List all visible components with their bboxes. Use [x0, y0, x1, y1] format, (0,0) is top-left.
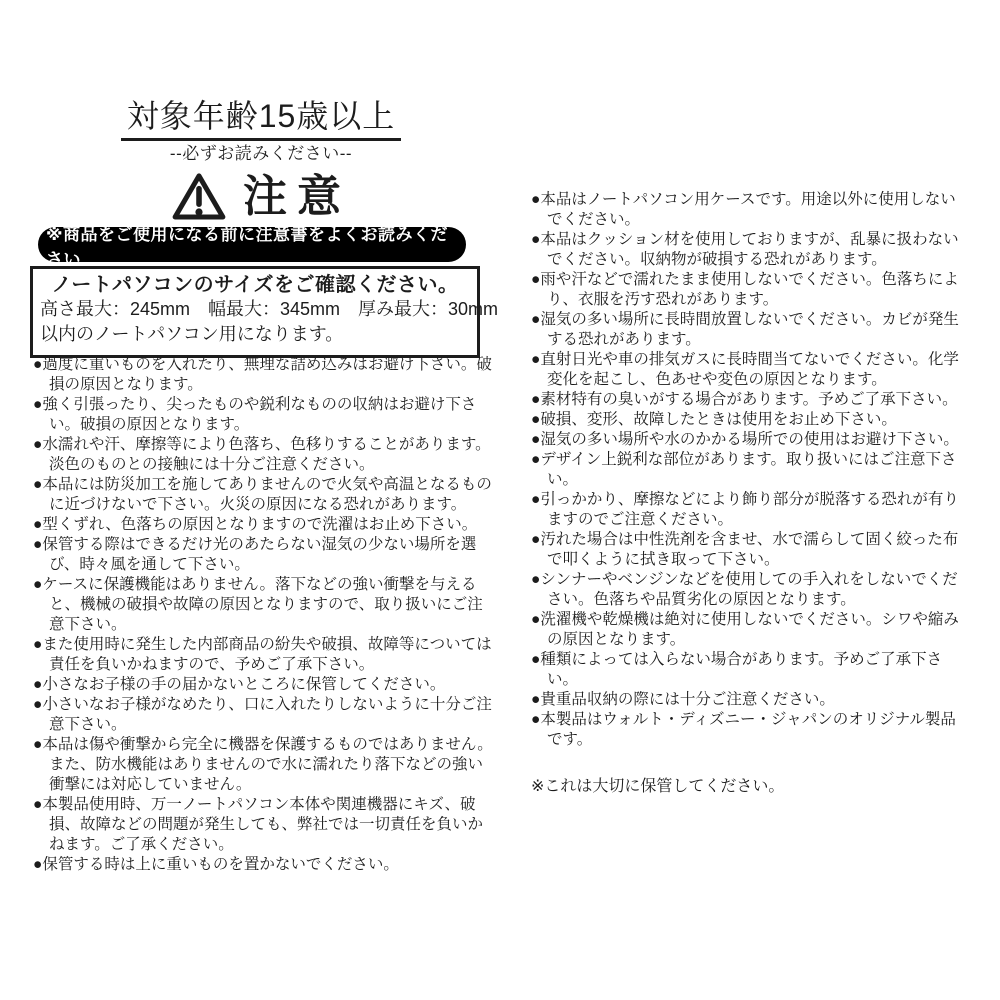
notice-item: ●ケースに保護機能はありません。落下などの強い衝撃を与えると、機械の破損や故障の… [33, 575, 495, 635]
notice-item-text: ケースに保護機能はありません。落下などの強い衝撃を与えると、機械の破損や故障の原… [42, 576, 482, 633]
bullet-icon: ● [531, 271, 540, 288]
caution-heading: 注意 [30, 172, 492, 222]
bullet-icon: ● [33, 796, 42, 813]
bullet-icon: ● [33, 536, 42, 553]
notice-item: ●デザイン上鋭利な部位があります。取り扱いにはご注意下さい。 [531, 450, 971, 490]
notice-item: ●本品はノートパソコン用ケースです。用途以外に使用しないでください。 [531, 190, 971, 230]
notice-item: ●本製品使用時、万一ノートパソコン本体や関連機器にキズ、破損、故障などの問題が発… [33, 795, 495, 855]
notice-item: ●保管する時は上に重いものを置かないでください。 [33, 855, 495, 875]
bullet-icon: ● [531, 231, 540, 248]
notice-item-text: 本品はクッション材を使用しておりますが、乱暴に扱わないでください。収納物が破損す… [540, 231, 958, 268]
notice-item: ●過度に重いものを入れたり、無理な詰め込みはお避け下さい。破損の原因となります。 [33, 355, 495, 395]
pre-use-banner: ※商品をご使用になる前に注意書をよくお読みください [38, 227, 466, 262]
bullet-icon: ● [531, 451, 540, 468]
bullet-icon: ● [531, 411, 540, 428]
notice-item: ●直射日光や車の排気ガスに長時間当てないでください。化学変化を起こし、色あせや変… [531, 350, 971, 390]
bullet-icon: ● [33, 516, 42, 533]
notice-item-text: 本品は傷や衝撃から完全に機器を保護するものではありません。また、防水機能はありま… [42, 736, 492, 793]
notice-item: ●素材特有の臭いがする場合があります。予めご了承下さい。 [531, 390, 971, 410]
bullet-icon: ● [33, 436, 42, 453]
bullet-icon: ● [33, 576, 42, 593]
notice-item-text: 汚れた場合は中性洗剤を含ませ、水で濡らして固く絞った布で叩くように拭き取って下さ… [540, 531, 958, 568]
bullet-icon: ● [531, 531, 540, 548]
notice-item: ●汚れた場合は中性洗剤を含ませ、水で濡らして固く絞った布で叩くように拭き取って下… [531, 530, 971, 570]
notice-item: ●本品には防災加工を施してありませんので火気や高温となるものに近づけないで下さい… [33, 475, 495, 515]
right-column: ●本品はノートパソコン用ケースです。用途以外に使用しないでください。 ●本品はク… [531, 190, 971, 798]
caution-title: 注意 [243, 175, 351, 219]
notice-item: ●本製品はウォルト・ディズニー・ジャパンのオリジナル製品です。 [531, 710, 971, 750]
notice-item-text: 水濡れや汗、摩擦等により色落ち、色移りすることがあります。淡色のものとの接触には… [42, 436, 490, 473]
bullet-icon: ● [531, 191, 540, 208]
notice-item-text: 本品はノートパソコン用ケースです。用途以外に使用しないでください。 [540, 191, 955, 228]
notice-item-text: 小さいなお子様がなめたり、口に入れたりしないように十分ご注意下さい。 [42, 696, 492, 733]
bullet-icon: ● [531, 491, 540, 508]
notice-item-text: また使用時に発生した内部商品の紛失や破損、故障等については責任を負いかねますので… [42, 636, 491, 673]
bullet-icon: ● [33, 356, 42, 373]
bullet-icon: ● [531, 691, 540, 708]
header: 対象年齢15歳以上 --必ずお読みください-- 注意 [30, 96, 492, 222]
size-confirmation-box: ノートパソコンのサイズをご確認ください。 高さ最大：245mm 幅最大：345m… [30, 266, 480, 358]
bullet-icon: ● [531, 431, 540, 448]
notice-item-text: 本製品はウォルト・ディズニー・ジャパンのオリジナル製品です。 [540, 711, 956, 748]
warning-triangle-icon [171, 172, 227, 222]
notice-item: ●また使用時に発生した内部商品の紛失や破損、故障等については責任を負いかねますの… [33, 635, 495, 675]
notice-item-text: 型くずれ、色落ちの原因となりますので洗濯はお止め下さい。 [42, 516, 477, 533]
notice-item-text: 破損、変形、故障したときは使用をお止め下さい。 [540, 411, 897, 428]
notice-item: ●型くずれ、色落ちの原因となりますので洗濯はお止め下さい。 [33, 515, 495, 535]
right-notice-list: ●本品はノートパソコン用ケースです。用途以外に使用しないでください。 ●本品はク… [531, 190, 971, 750]
bullet-icon: ● [33, 676, 42, 693]
keep-safe-note: ※これは大切に保管してください。 [531, 776, 971, 798]
notice-item-text: 本品には防災加工を施してありませんので火気や高温となるものに近づけないで下さい。… [42, 476, 492, 513]
notice-item: ●引っかかり、摩擦などにより飾り部分が脱落する恐れが有りますのでご注意ください。 [531, 490, 971, 530]
bullet-icon: ● [33, 696, 42, 713]
notice-item: ●小さなお子様の手の届かないところに保管してください。 [33, 675, 495, 695]
bullet-icon: ● [531, 311, 540, 328]
bullet-icon: ● [33, 736, 42, 753]
notice-item: ●本品は傷や衝撃から完全に機器を保護するものではありません。また、防水機能はあり… [33, 735, 495, 795]
notice-item-text: 雨や汗などで濡れたまま使用しないでください。色落ちにより、衣服を汚す恐れがありま… [540, 271, 959, 308]
must-read-subtitle: --必ずお読みください-- [30, 144, 492, 164]
notice-item: ●湿気の多い場所や水のかかる場所での使用はお避け下さい。 [531, 430, 971, 450]
notice-item: ●種類によっては入らない場合があります。予めご了承下さい。 [531, 650, 971, 690]
size-box-dimensions: 高さ最大：245mm 幅最大：345mm 厚み最大：30mm [40, 297, 470, 322]
size-box-title: ノートパソコンのサイズをご確認ください。 [40, 273, 470, 297]
notice-item-text: 引っかかり、摩擦などにより飾り部分が脱落する恐れが有りますのでご注意ください。 [540, 491, 959, 528]
bullet-icon: ● [33, 476, 42, 493]
notice-item-text: 貴重品収納の際には十分ご注意ください。 [540, 691, 835, 708]
notice-item-text: 強く引張ったり、尖ったものや鋭利なものの収納はお避け下さい。破損の原因となります… [42, 396, 476, 433]
left-notice-list: ●過度に重いものを入れたり、無理な詰め込みはお避け下さい。破損の原因となります。… [33, 355, 495, 875]
notice-item: ●小さいなお子様がなめたり、口に入れたりしないように十分ご注意下さい。 [33, 695, 495, 735]
notice-item: ●破損、変形、故障したときは使用をお止め下さい。 [531, 410, 971, 430]
bullet-icon: ● [531, 391, 540, 408]
notice-item: ●雨や汗などで濡れたまま使用しないでください。色落ちにより、衣服を汚す恐れがあり… [531, 270, 971, 310]
bullet-icon: ● [33, 636, 42, 653]
notice-item-text: 湿気の多い場所や水のかかる場所での使用はお避け下さい。 [540, 431, 959, 448]
caution-sheet: 対象年齢15歳以上 --必ずお読みください-- 注意 ※商品をご使用になる前に注… [0, 0, 1000, 1000]
bullet-icon: ● [33, 396, 42, 413]
notice-item-text: 湿気の多い場所に長時間放置しないでください。カビが発生する恐れがあります。 [540, 311, 959, 348]
notice-item: ●水濡れや汗、摩擦等により色落ち、色移りすることがあります。淡色のものとの接触に… [33, 435, 495, 475]
age-notice-title: 対象年齢15歳以上 [121, 96, 402, 141]
notice-item: ●保管する際はできるだけ光のあたらない湿気の少ない場所を選び、時々風を通して下さ… [33, 535, 495, 575]
notice-item: ●本品はクッション材を使用しておりますが、乱暴に扱わないでください。収納物が破損… [531, 230, 971, 270]
bullet-icon: ● [531, 571, 540, 588]
bullet-icon: ● [531, 651, 540, 668]
notice-item-text: 小さなお子様の手の届かないところに保管してください。 [42, 676, 445, 693]
notice-item: ●貴重品収納の際には十分ご注意ください。 [531, 690, 971, 710]
notice-item-text: シンナーやベンジンなどを使用しての手入れをしないでください。色落ちや品質劣化の原… [540, 571, 957, 608]
notice-item-text: 直射日光や車の排気ガスに長時間当てないでください。化学変化を起こし、色あせや変色… [540, 351, 959, 388]
notice-item-text: 本製品使用時、万一ノートパソコン本体や関連機器にキズ、破損、故障などの問題が発生… [42, 796, 483, 853]
notice-item-text: 保管する時は上に重いものを置かないでください。 [42, 856, 399, 873]
bullet-icon: ● [531, 351, 540, 368]
notice-item-text: デザイン上鋭利な部位があります。取り扱いにはご注意下さい。 [540, 451, 956, 488]
size-box-note: 以内のノートパソコン用になります。 [40, 322, 470, 347]
notice-item: ●洗濯機や乾燥機は絶対に使用しないでください。シワや縮みの原因となります。 [531, 610, 971, 650]
notice-item-text: 素材特有の臭いがする場合があります。予めご了承下さい。 [540, 391, 957, 408]
bullet-icon: ● [531, 611, 540, 628]
bullet-icon: ● [33, 856, 42, 873]
notice-item-text: 洗濯機や乾燥機は絶対に使用しないでください。シワや縮みの原因となります。 [540, 611, 959, 648]
notice-item-text: 保管する際はできるだけ光のあたらない湿気の少ない場所を選び、時々風を通して下さい… [42, 536, 476, 573]
notice-item: ●シンナーやベンジンなどを使用しての手入れをしないでください。色落ちや品質劣化の… [531, 570, 971, 610]
notice-item: ●湿気の多い場所に長時間放置しないでください。カビが発生する恐れがあります。 [531, 310, 971, 350]
notice-item-text: 過度に重いものを入れたり、無理な詰め込みはお避け下さい。破損の原因となります。 [42, 356, 492, 393]
bullet-icon: ● [531, 711, 540, 728]
notice-item-text: 種類によっては入らない場合があります。予めご了承下さい。 [540, 651, 942, 688]
notice-item: ●強く引張ったり、尖ったものや鋭利なものの収納はお避け下さい。破損の原因となりま… [33, 395, 495, 435]
